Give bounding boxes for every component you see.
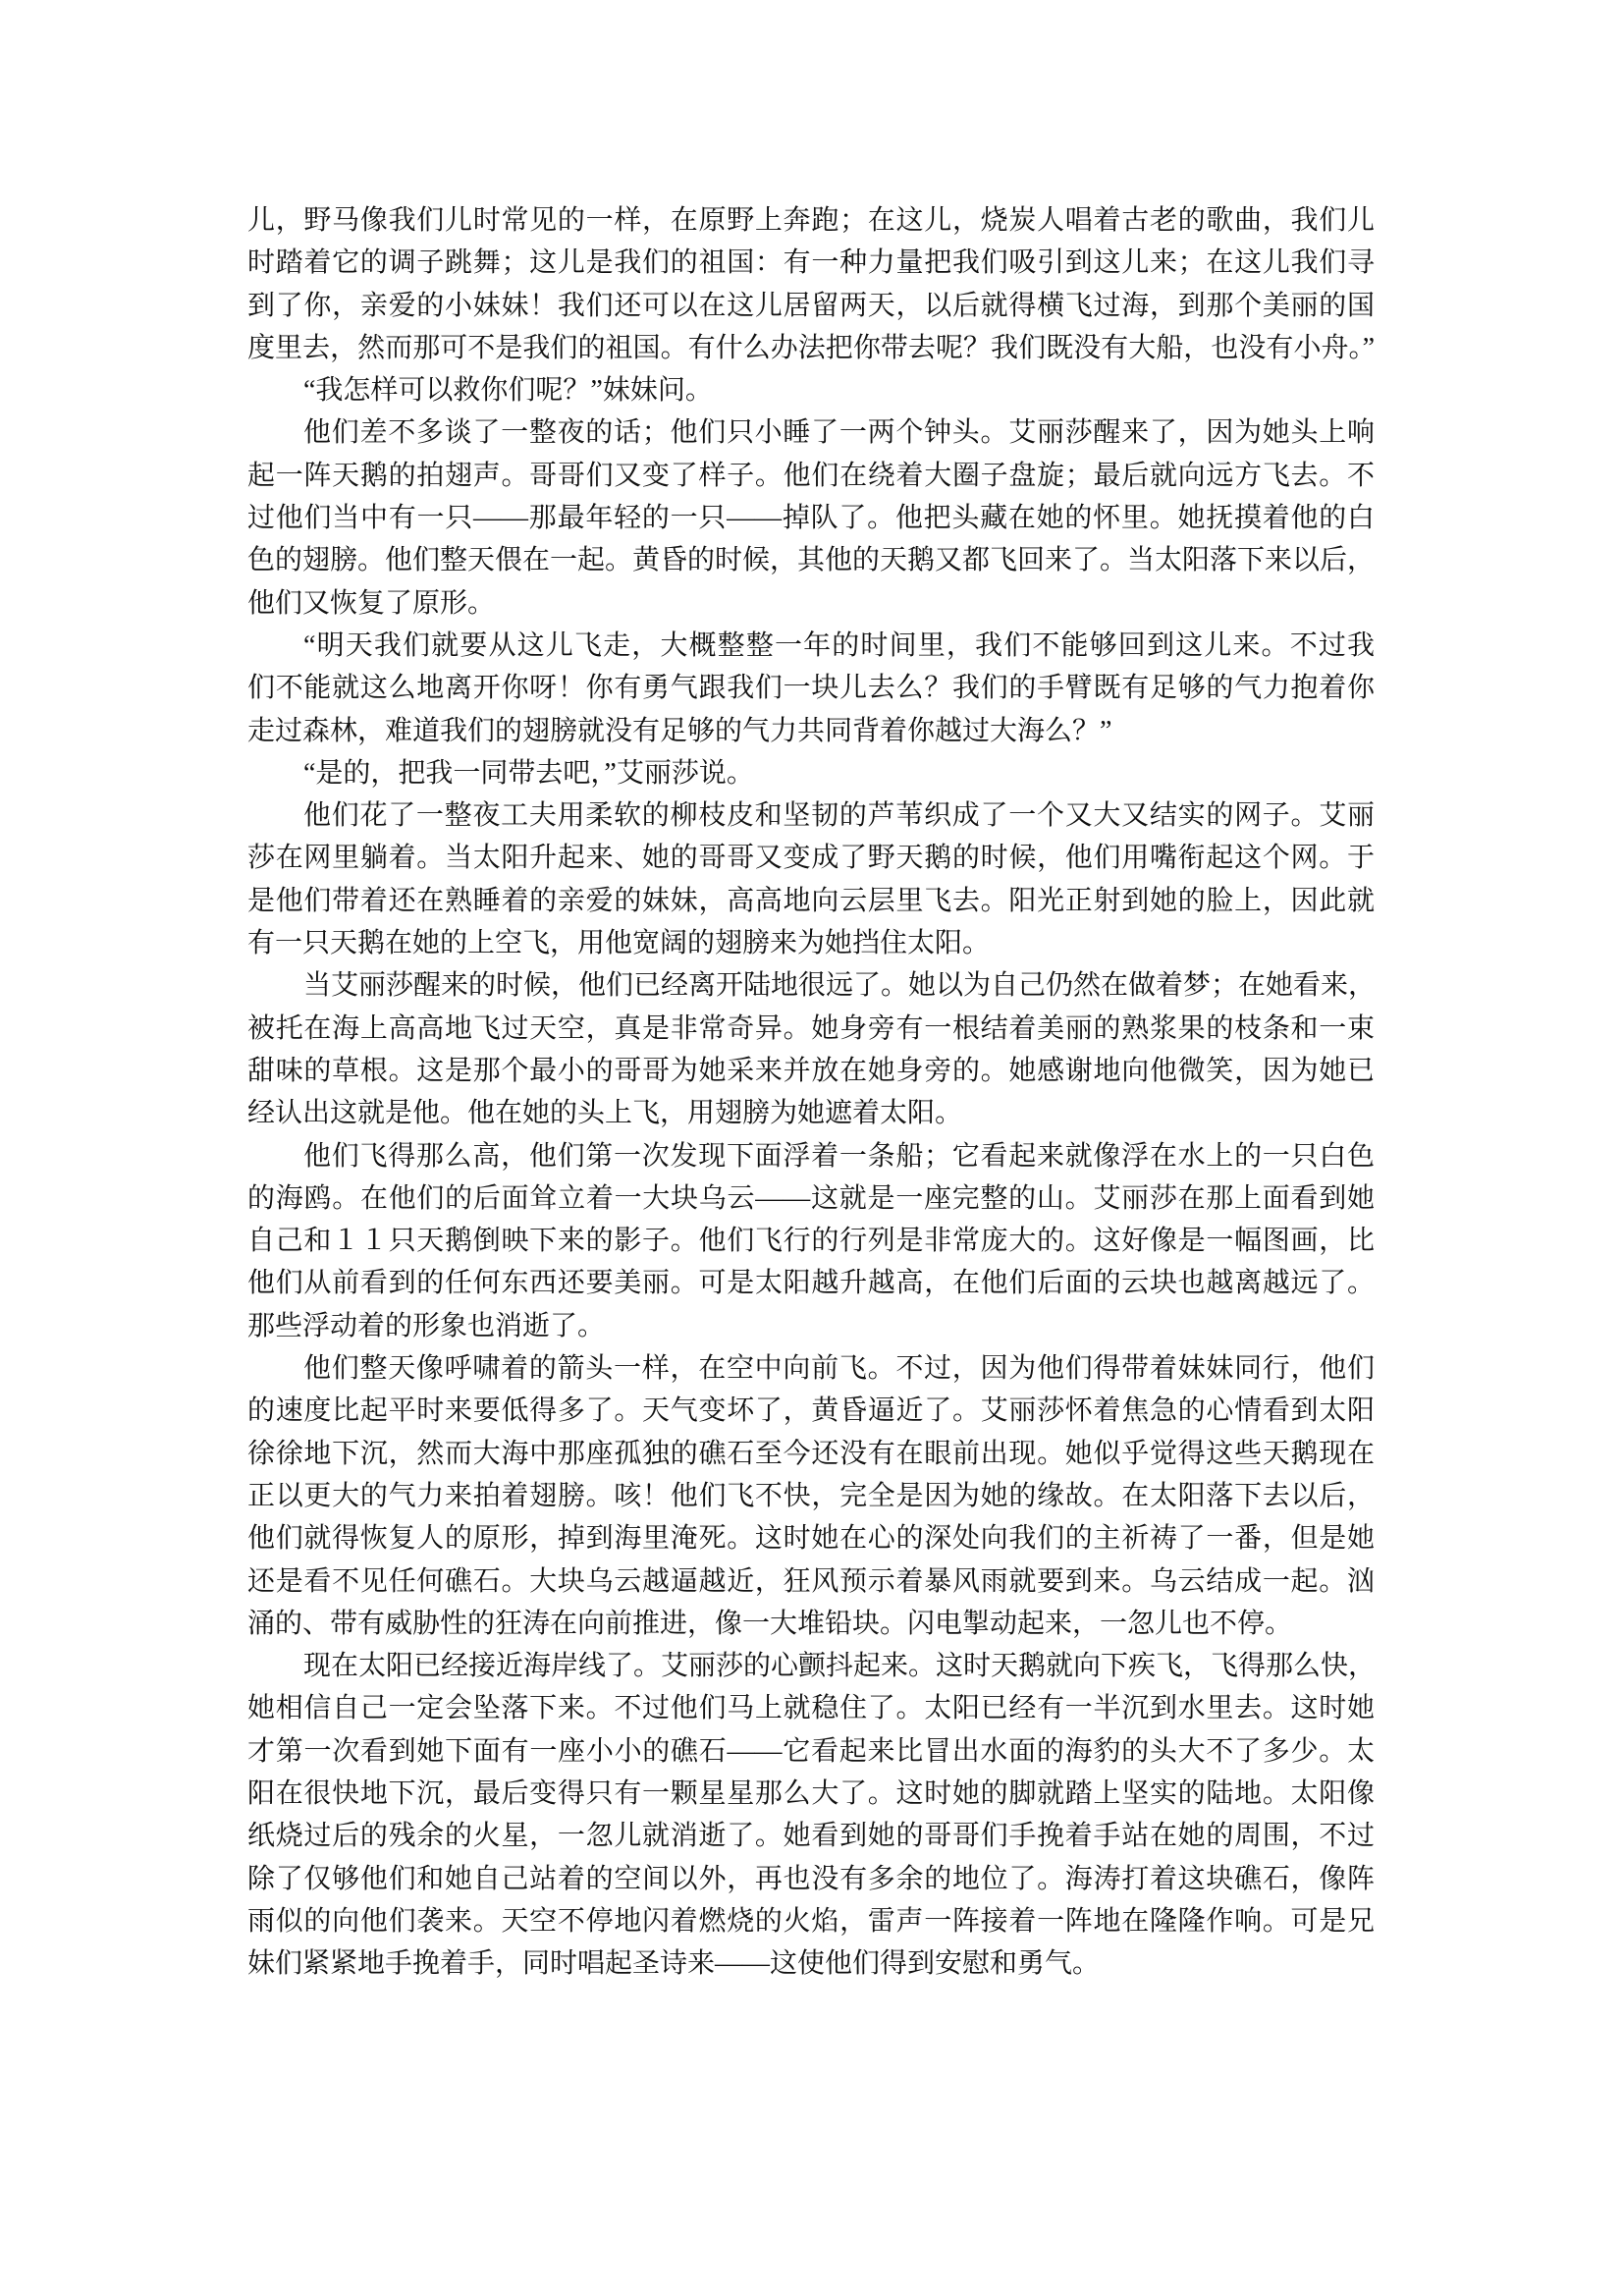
- text-line: “我怎样可以救你们呢？”妹妹问。: [247, 369, 1375, 411]
- text-line: 才第一次看到她下面有一座小小的礁石——它看起来比冒出水面的海豹的头大不了多少。太: [247, 1730, 1375, 1773]
- text-line: 自己和１１只天鹅倒映下来的影子。他们飞行的行列是非常庞大的。这好像是一幅图画，比: [247, 1220, 1375, 1262]
- paragraph: “我怎样可以救你们呢？”妹妹问。: [247, 369, 1375, 411]
- text-line: 他们就得恢复人的原形，掉到海里淹死。这时她在心的深处向我们的主祈祷了一番，但是她: [247, 1517, 1375, 1559]
- paragraph: “明天我们就要从这儿飞走，大概整整一年的时间里，我们不能够回到这儿来。不过我 们…: [247, 625, 1375, 752]
- text-line: 徐徐地下沉，然而大海中那座孤独的礁石至今还没有在眼前出现。她似乎觉得这些天鹅现在: [247, 1433, 1375, 1475]
- text-line: 还是看不见任何礁石。大块乌云越逼越近，狂风预示着暴风雨就要到来。乌云结成一起。汹: [247, 1560, 1375, 1603]
- text-line: 他们花了一整夜工夫用柔软的柳枝皮和坚韧的芦苇织成了一个又大又结实的网子。艾丽: [247, 794, 1375, 837]
- paragraph: 当艾丽莎醒来的时候，他们已经离开陆地很远了。她以为自己仍然在做着梦；在她看来， …: [247, 964, 1375, 1134]
- text-line: “是的，把我一同带去吧，”艾丽莎说。: [247, 752, 1375, 794]
- text-line: 被托在海上高高地飞过天空，真是非常奇异。她身旁有一根结着美丽的熟浆果的枝条和一束: [247, 1008, 1375, 1050]
- text-line: 现在太阳已经接近海岸线了。艾丽莎的心颤抖起来。这时天鹅就向下疾飞，飞得那么快，: [247, 1645, 1375, 1687]
- text-line: 他们飞得那么高，他们第一次发现下面浮着一条船；它看起来就像浮在水上的一只白色: [247, 1135, 1375, 1177]
- text-line: 他们又恢复了原形。: [247, 582, 1375, 625]
- text-line: 走过森林，难道我们的翅膀就没有足够的气力共同背着你越过大海么？”: [247, 710, 1375, 752]
- text-line: 除了仅够他们和她自己站着的空间以外，再也没有多余的地位了。海涛打着这块礁石，像阵: [247, 1858, 1375, 1900]
- text-line: 有一只天鹅在她的上空飞，用他宽阔的翅膀来为她挡住太阳。: [247, 922, 1375, 964]
- text-line: 时踏着它的调子跳舞；这儿是我们的祖国：有一种力量把我们吸引到这儿来；在这儿我们寻: [247, 242, 1375, 284]
- text-line: 度里去，然而那可不是我们的祖国。有什么办法把你带去呢？我们既没有大船，也没有小舟…: [247, 327, 1375, 369]
- paragraph: 他们飞得那么高，他们第一次发现下面浮着一条船；它看起来就像浮在水上的一只白色 的…: [247, 1135, 1375, 1347]
- text-line: 正以更大的气力来拍着翅膀。咳！他们飞不快，完全是因为她的缘故。在太阳落下去以后，: [247, 1475, 1375, 1517]
- text-line: 甜味的草根。这是那个最小的哥哥为她采来并放在她身旁的。她感谢地向他微笑，因为她已: [247, 1050, 1375, 1092]
- text-line: “明天我们就要从这儿飞走，大概整整一年的时间里，我们不能够回到这儿来。不过我: [247, 625, 1375, 667]
- text-line: 莎在网里躺着。当太阳升起来、她的哥哥又变成了野天鹅的时候，他们用嘴衔起这个网。于: [247, 837, 1375, 879]
- text-line: 他们整天像呼啸着的箭头一样，在空中向前飞。不过，因为他们得带着妹妹同行，他们: [247, 1347, 1375, 1390]
- text-line: 到了你，亲爱的小妹妹！我们还可以在这儿居留两天，以后就得横飞过海，到那个美丽的国: [247, 285, 1375, 327]
- paragraph: 现在太阳已经接近海岸线了。艾丽莎的心颤抖起来。这时天鹅就向下疾飞，飞得那么快， …: [247, 1645, 1375, 1985]
- text-line: 她相信自己一定会坠落下来。不过他们马上就稳住了。太阳已经有一半沉到水里去。这时她: [247, 1687, 1375, 1729]
- text-line: 他们从前看到的任何东西还要美丽。可是太阳越升越高，在他们后面的云块也越离越远了。: [247, 1262, 1375, 1304]
- text-line: 阳在很快地下沉，最后变得只有一颗星星那么大了。这时她的脚就踏上坚实的陆地。太阳像: [247, 1773, 1375, 1815]
- document-page: 儿，野马像我们儿时常见的一样，在原野上奔跑；在这儿，烧炭人唱着古老的歌曲，我们儿…: [247, 199, 1375, 1985]
- paragraph: 他们整天像呼啸着的箭头一样，在空中向前飞。不过，因为他们得带着妹妹同行，他们 的…: [247, 1347, 1375, 1645]
- text-line: 色的翅膀。他们整天偎在一起。黄昏的时候，其他的天鹅又都飞回来了。当太阳落下来以后…: [247, 539, 1375, 581]
- text-line: 妹们紧紧地手挽着手，同时唱起圣诗来——这使他们得到安慰和勇气。: [247, 1942, 1375, 1985]
- text-line: 涌的、带有威胁性的狂涛在向前推进，像一大堆铅块。闪电掣动起来，一忽儿也不停。: [247, 1603, 1375, 1645]
- text-line: 儿，野马像我们儿时常见的一样，在原野上奔跑；在这儿，烧炭人唱着古老的歌曲，我们儿: [247, 199, 1375, 242]
- paragraph: 他们花了一整夜工夫用柔软的柳枝皮和坚韧的芦苇织成了一个又大又结实的网子。艾丽 莎…: [247, 794, 1375, 964]
- text-line: 纸烧过后的残余的火星，一忽儿就消逝了。她看到她的哥哥们手挽着手站在她的周围，不过: [247, 1815, 1375, 1857]
- paragraph: “是的，把我一同带去吧，”艾丽莎说。: [247, 752, 1375, 794]
- text-line: 们不能就这么地离开你呀！你有勇气跟我们一块儿去么？我们的手臂既有足够的气力抱着你: [247, 667, 1375, 709]
- text-line: 的速度比起平时来要低得多了。天气变坏了，黄昏逼近了。艾丽莎怀着焦急的心情看到太阳: [247, 1390, 1375, 1432]
- text-line: 起一阵天鹅的拍翅声。哥哥们又变了样子。他们在绕着大圈子盘旋；最后就向远方飞去。不: [247, 455, 1375, 497]
- text-line: 当艾丽莎醒来的时候，他们已经离开陆地很远了。她以为自己仍然在做着梦；在她看来，: [247, 964, 1375, 1007]
- paragraph: 他们差不多谈了一整夜的话；他们只小睡了一两个钟头。艾丽莎醒来了，因为她头上响 起…: [247, 411, 1375, 624]
- text-line: 过他们当中有一只——那最年轻的一只——掉队了。他把头藏在她的怀里。她抚摸着他的白: [247, 497, 1375, 539]
- text-line: 那些浮动着的形象也消逝了。: [247, 1305, 1375, 1347]
- text-line: 是他们带着还在熟睡着的亲爱的妹妹，高高地向云层里飞去。阳光正射到她的脸上，因此就: [247, 880, 1375, 922]
- text-line: 雨似的向他们袭来。天空不停地闪着燃烧的火焰，雷声一阵接着一阵地在隆隆作响。可是兄: [247, 1900, 1375, 1942]
- text-line: 的海鸥。在他们的后面耸立着一大块乌云——这就是一座完整的山。艾丽莎在那上面看到她: [247, 1177, 1375, 1220]
- paragraph: 儿，野马像我们儿时常见的一样，在原野上奔跑；在这儿，烧炭人唱着古老的歌曲，我们儿…: [247, 199, 1375, 369]
- text-line: 他们差不多谈了一整夜的话；他们只小睡了一两个钟头。艾丽莎醒来了，因为她头上响: [247, 411, 1375, 454]
- text-line: 经认出这就是他。他在她的头上飞，用翅膀为她遮着太阳。: [247, 1092, 1375, 1134]
